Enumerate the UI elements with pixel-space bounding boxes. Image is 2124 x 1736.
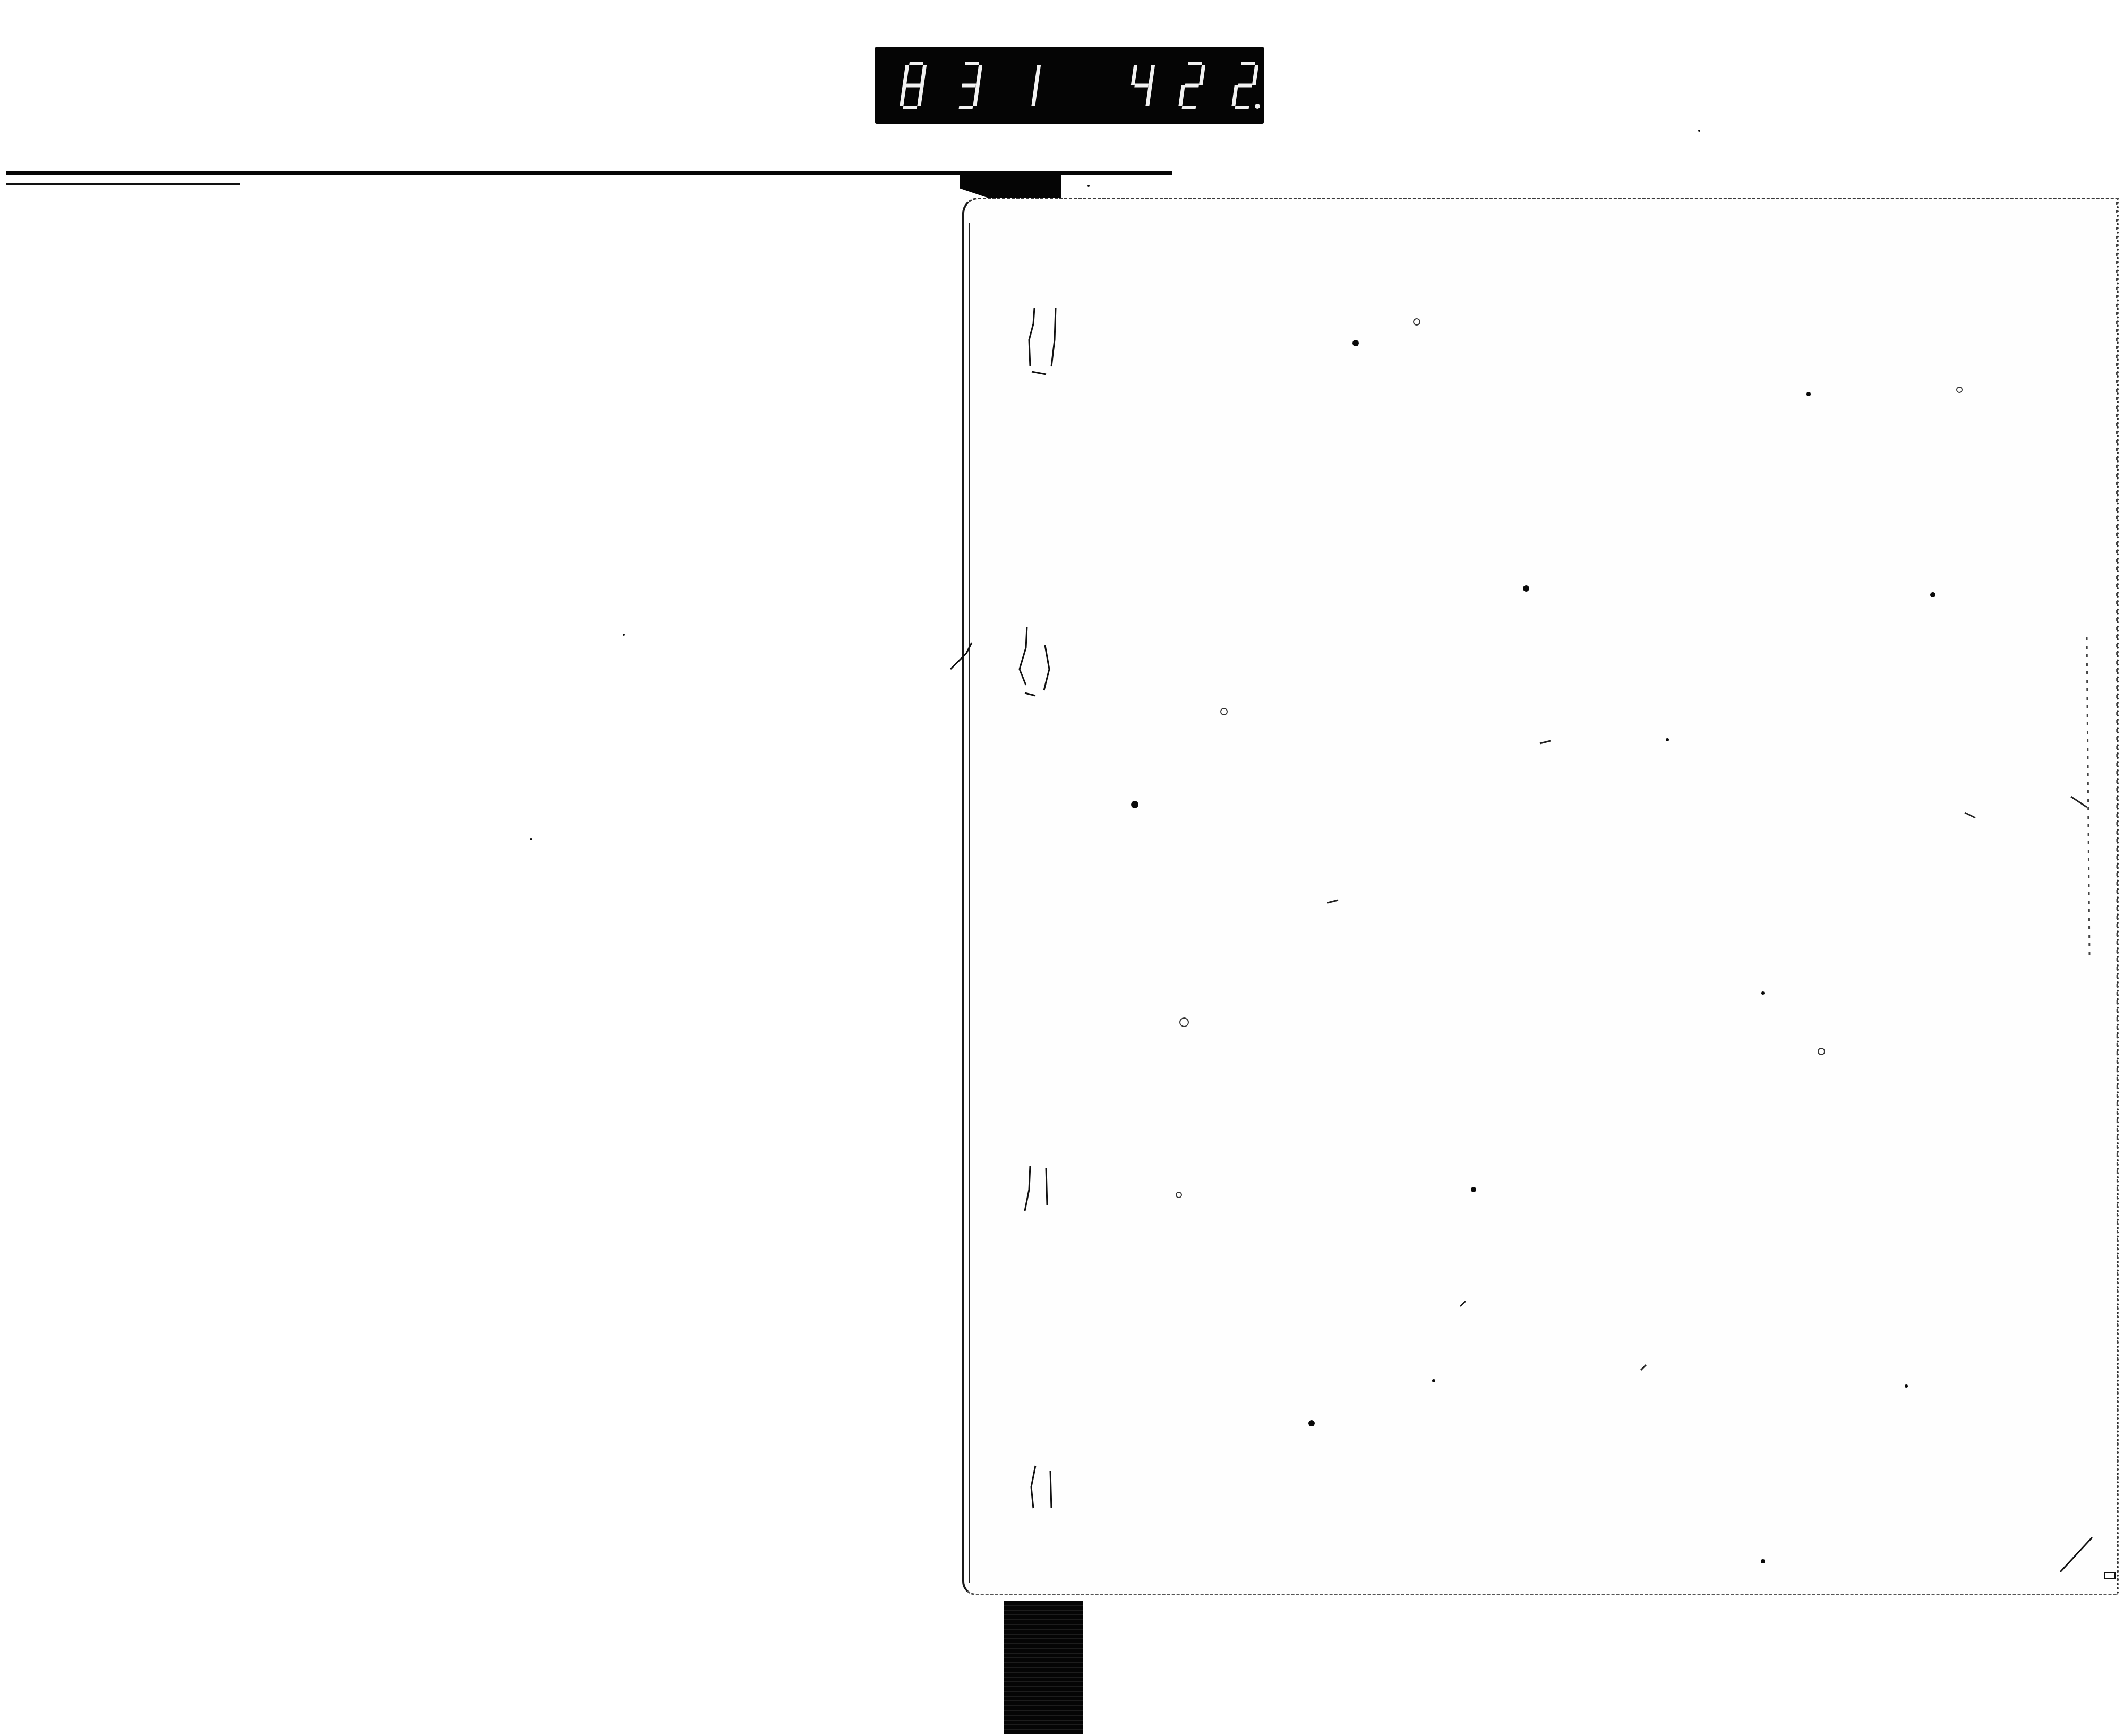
readout-digit <box>1178 62 1206 109</box>
decimal-point <box>1255 104 1260 109</box>
top-clamp <box>960 173 1061 199</box>
readout-digit <box>1031 65 1041 106</box>
readout-digit <box>1128 65 1155 106</box>
top-rule-thin <box>6 183 240 185</box>
seven-segment-readout: 831 422. <box>875 47 1264 124</box>
specimen-slab <box>962 198 2119 1595</box>
readout-digit <box>899 62 927 109</box>
readout-digits <box>875 47 1264 124</box>
readout-digit <box>958 62 983 109</box>
slab-left-edge <box>969 223 972 1583</box>
corner-mark-icon <box>2104 1572 2116 1579</box>
bottom-post <box>1004 1601 1083 1734</box>
readout-digit <box>1231 62 1259 109</box>
